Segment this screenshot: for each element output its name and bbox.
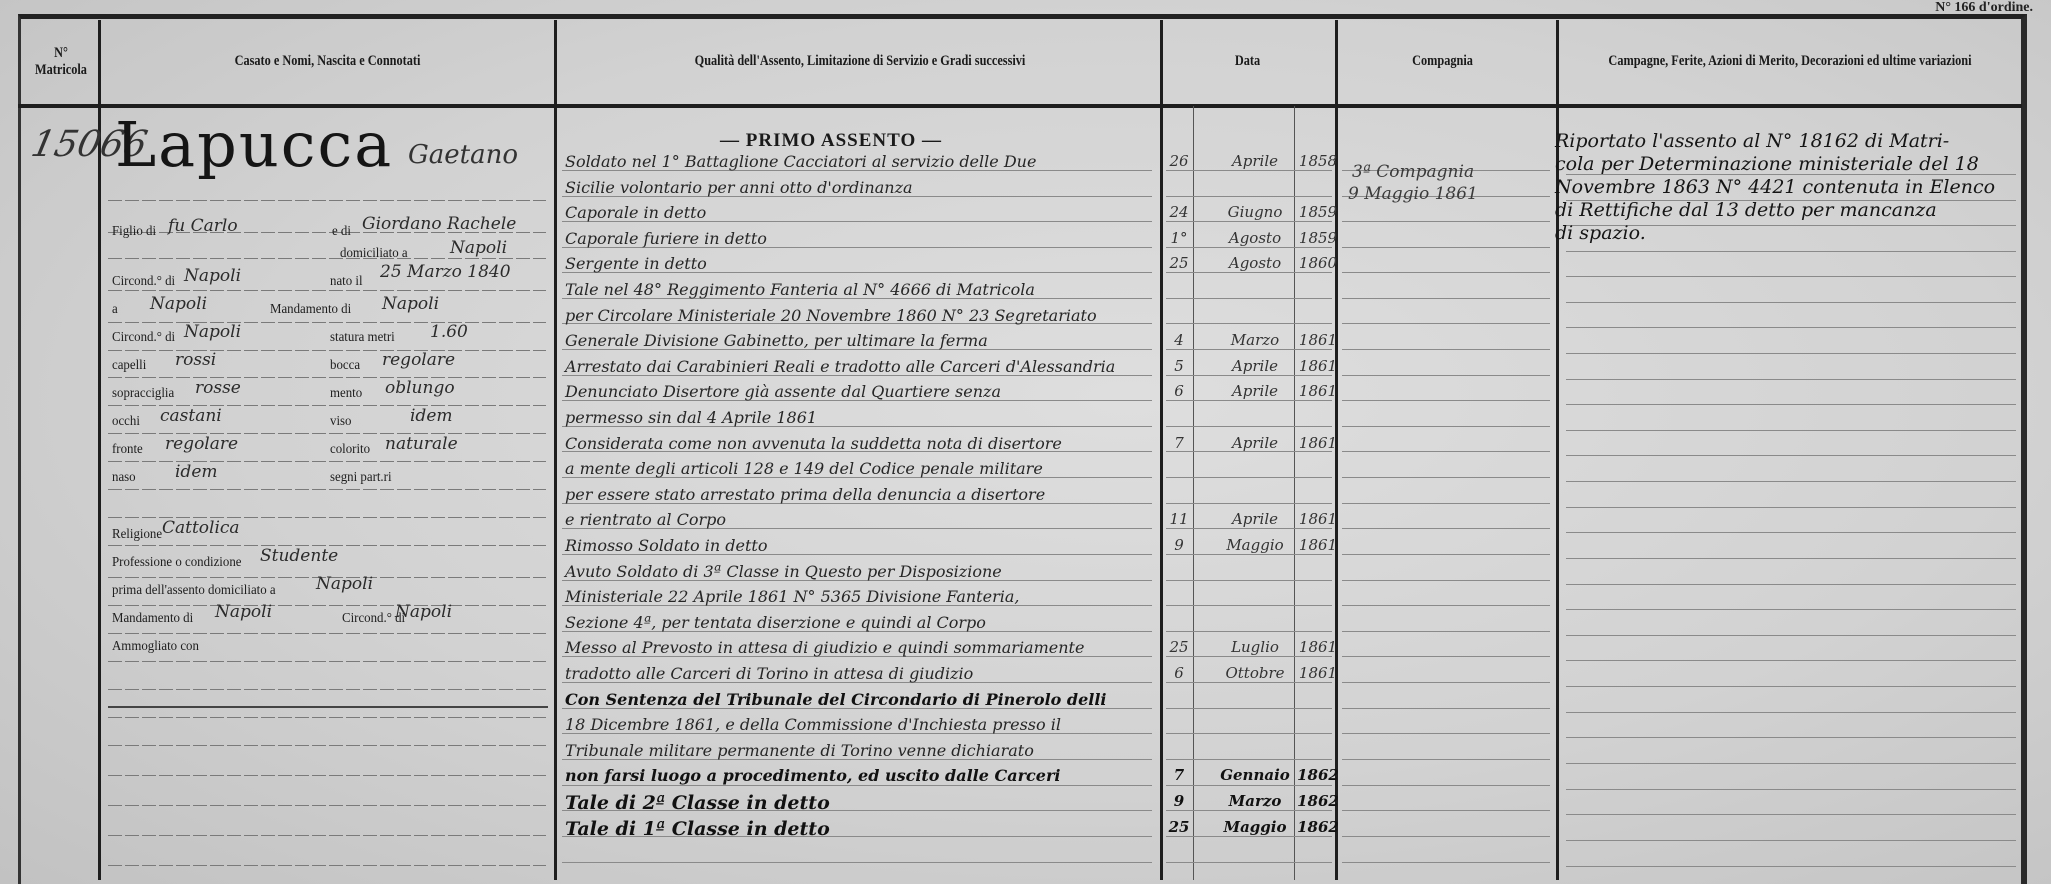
rule-line — [1342, 785, 1550, 786]
rule-line — [1342, 426, 1550, 427]
field-value: Napoli — [150, 294, 207, 314]
date-year: 1861 — [1296, 382, 1340, 400]
date-month: Gennaio — [1205, 766, 1305, 784]
date-day: 6 — [1163, 382, 1195, 400]
rule-line — [1342, 656, 1550, 657]
field-label: bocca — [330, 358, 360, 374]
date-day: 7 — [1163, 434, 1195, 452]
rule-line — [1166, 375, 1332, 376]
field-value: regolare — [382, 350, 455, 370]
service-entry: Arrestato dai Carabinieri Reali e tradot… — [565, 357, 1115, 376]
service-entry: Considerata come non avvenuta la suddett… — [565, 434, 1062, 453]
rule-line — [1166, 605, 1332, 606]
service-entry: Tale nel 48° Reggimento Fanteria al N° 4… — [565, 280, 1035, 299]
date-month: Aprile — [1205, 357, 1305, 375]
col-divider-month — [1294, 106, 1295, 880]
date-year: 1861 — [1296, 357, 1340, 375]
rule-line — [108, 775, 546, 776]
service-entry: non farsi luogo a procedimento, ed uscit… — [565, 766, 1060, 785]
header-compagnia: Compagnia — [1354, 19, 1530, 105]
rule-line — [1566, 686, 2016, 687]
date-day: 4 — [1163, 331, 1195, 349]
section-title-primo-assento: — PRIMO ASSENTO — — [720, 130, 942, 152]
rule-line — [1166, 298, 1332, 299]
rule-line — [1566, 737, 2016, 738]
date-month: Aprile — [1205, 152, 1305, 170]
field-label: Ammogliato con — [112, 639, 199, 655]
header-data: Data — [1176, 19, 1320, 105]
rule-line — [1342, 759, 1550, 760]
date-day: 9 — [1163, 536, 1195, 554]
service-entry: Sezione 4ª, per tentata diserzione e qui… — [565, 613, 986, 632]
date-year: 1861 — [1296, 638, 1340, 656]
service-entry: Tale di 2ª Classe in detto — [565, 792, 830, 814]
note-line: di Rettifiche dal 13 detto per mancanza — [1555, 199, 1937, 221]
field-value: Napoli — [382, 294, 439, 314]
rule-line — [1166, 785, 1332, 786]
date-year: 1862 — [1296, 818, 1340, 836]
rule-line — [1166, 247, 1332, 248]
header-casato: Casato e Nomi, Nascita e Connotati — [145, 19, 510, 105]
rule-line — [1342, 400, 1550, 401]
note-line: Riportato l'assento al N° 18162 di Matri… — [1555, 130, 1949, 152]
rule-line — [1566, 532, 2016, 533]
rule-line — [1342, 375, 1550, 376]
col-divider-day — [1193, 106, 1194, 880]
rule-line — [1566, 558, 2016, 559]
service-entry: Avuto Soldato di 3ª Classe in Questo per… — [565, 562, 1002, 581]
service-entry: Tale di 1ª Classe in detto — [565, 818, 830, 840]
rule-line — [1166, 477, 1332, 478]
date-year: 1861 — [1296, 536, 1340, 554]
rule-line — [1166, 682, 1332, 683]
field-label: viso — [330, 414, 351, 430]
rule-line — [1566, 635, 2016, 636]
field-value: naturale — [385, 434, 458, 454]
date-year: 1861 — [1296, 510, 1340, 528]
rule-line — [1342, 554, 1550, 555]
field-label: domiciliato a — [340, 246, 408, 262]
rule-line — [1342, 323, 1550, 324]
service-entry: 18 Dicembre 1861, e della Commissione d'… — [565, 715, 1061, 734]
field-label: Mandamento di — [112, 611, 193, 627]
rule-line — [108, 489, 546, 490]
service-entry: Generale Divisione Gabinetto, per ultima… — [565, 331, 988, 350]
service-entry: tradotto alle Carceri di Torino in attes… — [565, 664, 973, 683]
date-month: Aprile — [1205, 434, 1305, 452]
rule-line — [1342, 580, 1550, 581]
note-line: Novembre 1863 N° 4421 contenuta in Elenc… — [1555, 176, 1995, 198]
field-value: fu Carlo — [168, 216, 238, 236]
rule-line — [1566, 404, 2016, 405]
rule-line — [1342, 682, 1550, 683]
date-month: Luglio — [1205, 638, 1305, 656]
date-day: 1° — [1163, 229, 1195, 247]
header-qualita: Qualità dell'Assento, Limitazione di Ser… — [614, 19, 1106, 105]
field-label: Circond.° di — [112, 330, 175, 346]
date-month: Ottobre — [1205, 664, 1305, 682]
date-day: 24 — [1163, 203, 1195, 221]
rule-line — [1342, 298, 1550, 299]
rule-line — [1566, 327, 2016, 328]
date-year: 1859 — [1296, 203, 1340, 221]
field-value: Studente — [260, 546, 338, 566]
rule-line — [1566, 840, 2016, 841]
service-entry: Ministeriale 22 Aprile 1861 N° 5365 Divi… — [565, 587, 1019, 606]
date-day: 6 — [1163, 664, 1195, 682]
rule-line — [108, 605, 546, 606]
rule-line — [1166, 631, 1332, 632]
field-label: fronte — [112, 442, 143, 458]
field-value: 1.60 — [430, 322, 468, 342]
field-value: Napoli — [184, 266, 241, 286]
service-entry: a mente degli articoli 128 e 149 del Cod… — [565, 459, 1043, 478]
service-entry: Con Sentenza del Tribunale del Circondar… — [565, 690, 1107, 709]
section-divider — [108, 706, 548, 708]
field-value: castani — [160, 406, 222, 426]
rule-line — [1342, 349, 1550, 350]
field-label: a — [112, 302, 118, 318]
date-day: 11 — [1163, 510, 1195, 528]
rule-line — [1566, 763, 2016, 764]
field-label: e di — [332, 224, 351, 240]
date-year: 1859 — [1296, 229, 1340, 247]
service-entry: Sicilie volontario per anni otto d'ordin… — [565, 178, 913, 197]
rule-line — [1566, 276, 2016, 277]
field-value: rossi — [175, 350, 216, 370]
service-entry: per Circolare Ministeriale 20 Novembre 1… — [565, 306, 1097, 325]
rule-line — [108, 350, 546, 351]
rule-line — [1566, 251, 2016, 252]
rule-line — [108, 290, 546, 291]
company-date: 9 Maggio 1861 — [1348, 184, 1478, 204]
rule-line — [1166, 862, 1332, 863]
date-month: Marzo — [1205, 331, 1305, 349]
rule-line — [1566, 584, 2016, 585]
field-value: rosse — [195, 378, 241, 398]
date-month: Marzo — [1205, 792, 1305, 810]
field-label: Professione o condizione — [112, 555, 241, 571]
date-month: Agosto — [1205, 229, 1305, 247]
rule-line — [1166, 733, 1332, 734]
rule-line — [1342, 733, 1550, 734]
rule-line — [1566, 712, 2016, 713]
rule-line — [1566, 379, 2016, 380]
rule-line — [1166, 503, 1332, 504]
rule-line — [108, 865, 546, 866]
field-label: Circond.° di — [112, 274, 175, 290]
field-label: sopracciglia — [112, 386, 174, 402]
rule-line — [1342, 503, 1550, 504]
field-label: naso — [112, 470, 136, 486]
service-entry: Caporale furiere in detto — [565, 229, 767, 248]
date-day: 25 — [1163, 818, 1195, 836]
rule-line — [1342, 477, 1550, 478]
date-year: 1862 — [1296, 792, 1340, 810]
first-name: Gaetano — [408, 140, 518, 170]
date-day: 9 — [1163, 792, 1195, 810]
date-year: 1860 — [1296, 254, 1340, 272]
date-month: Maggio — [1205, 536, 1305, 554]
company-name: 3ª Compagnia — [1352, 162, 1474, 182]
rule-line — [108, 661, 546, 662]
date-month: Aprile — [1205, 510, 1305, 528]
rule-line — [108, 200, 546, 201]
date-month: Giugno — [1205, 203, 1305, 221]
date-day: 5 — [1163, 357, 1195, 375]
rule-line — [1566, 302, 2016, 303]
service-entry: permesso sin dal 4 Aprile 1861 — [565, 408, 817, 427]
field-label: Mandamento di — [270, 302, 351, 318]
rule-line — [108, 805, 546, 806]
rule-line — [108, 258, 546, 259]
rule-line — [108, 835, 546, 836]
rule-line — [1566, 609, 2016, 610]
rule-line — [1166, 708, 1332, 709]
date-month: Maggio — [1205, 818, 1305, 836]
rule-line — [1166, 554, 1332, 555]
field-value: Giordano Rachele — [362, 214, 516, 234]
date-day: 26 — [1163, 152, 1195, 170]
field-label: Figlio di — [112, 224, 156, 240]
col-divider — [554, 20, 557, 880]
rule-line — [1342, 221, 1550, 222]
field-label: colorito — [330, 442, 370, 458]
service-entry: Rimosso Soldato in detto — [565, 536, 767, 555]
field-label: statura metri — [330, 330, 395, 346]
field-label: Religione — [112, 527, 162, 543]
date-year: 1858 — [1296, 152, 1340, 170]
surname: Lapucca — [115, 108, 393, 181]
rule-line — [1342, 708, 1550, 709]
rule-line — [1342, 862, 1550, 863]
field-label: segni part.ri — [330, 470, 392, 486]
rule-line — [1342, 631, 1550, 632]
rule-line — [1166, 196, 1332, 197]
field-value: Napoli — [395, 602, 452, 622]
rule-line — [1342, 605, 1550, 606]
service-entry: e rientrato al Corpo — [565, 510, 726, 529]
field-value: 25 Marzo 1840 — [380, 262, 511, 282]
field-value: Napoli — [316, 574, 373, 594]
note-line: cola per Determinazione ministeriale del… — [1555, 153, 1979, 175]
date-month: Aprile — [1205, 382, 1305, 400]
header-matricola: N° Matricola — [29, 19, 93, 105]
rule-line — [1166, 426, 1332, 427]
rule-line — [1166, 836, 1332, 837]
field-label: prima dell'assento domiciliato a — [112, 583, 276, 599]
field-label: mento — [330, 386, 362, 402]
date-year: 1861 — [1296, 331, 1340, 349]
rule-line — [108, 717, 546, 718]
rule-line — [562, 862, 1152, 863]
rule-line — [1566, 507, 2016, 508]
register-page: N° 166 d'ordine. N° Matricola Casato e N… — [0, 0, 2051, 884]
rule-line — [1166, 323, 1332, 324]
date-day: 25 — [1163, 254, 1195, 272]
note-line: di spazio. — [1555, 222, 1646, 244]
rule-line — [1566, 866, 2016, 867]
field-value: idem — [175, 462, 218, 482]
rule-line — [108, 322, 546, 323]
rule-line — [1566, 430, 2016, 431]
field-value: Napoli — [184, 322, 241, 342]
rule-line — [1566, 353, 2016, 354]
field-value: Cattolica — [162, 518, 240, 538]
rule-line — [108, 377, 546, 378]
rule-line — [1166, 580, 1332, 581]
service-entry: Denunciato Disertore già assente dal Qua… — [565, 382, 1001, 401]
rule-line — [1166, 810, 1332, 811]
date-month: Agosto — [1205, 254, 1305, 272]
service-entry: Messo al Prevosto in attesa di giudizio … — [565, 638, 1084, 657]
field-value: Napoli — [450, 238, 507, 258]
field-label: occhi — [112, 414, 140, 430]
rule-line — [1342, 528, 1550, 529]
rule-line — [1166, 759, 1332, 760]
rule-line — [1566, 455, 2016, 456]
rule-line — [1342, 810, 1550, 811]
rule-line — [108, 689, 546, 690]
date-day: 7 — [1163, 766, 1195, 784]
header-campagne: Campagne, Ferite, Azioni di Merito, Deco… — [1601, 19, 1978, 105]
field-value: regolare — [165, 434, 238, 454]
rule-line — [1342, 836, 1550, 837]
rule-line — [1566, 481, 2016, 482]
service-entry: Sergente in detto — [565, 254, 707, 273]
rule-line — [1342, 247, 1550, 248]
field-value: Napoli — [215, 602, 272, 622]
service-entry: per essere stato arrestato prima della d… — [565, 485, 1045, 504]
field-label: nato il — [330, 274, 363, 290]
rule-line — [1566, 814, 2016, 815]
rule-line — [1342, 272, 1550, 273]
service-entry: Tribunale militare permanente di Torino … — [565, 741, 1034, 760]
field-value: idem — [410, 406, 453, 426]
rule-line — [108, 633, 546, 634]
rule-line — [108, 461, 546, 462]
rule-line — [108, 745, 546, 746]
rule-line — [1166, 170, 1332, 171]
rule-line — [1566, 789, 2016, 790]
date-year: 1861 — [1296, 664, 1340, 682]
rule-line — [1342, 451, 1550, 452]
date-year: 1862 — [1296, 766, 1340, 784]
date-year: 1861 — [1296, 434, 1340, 452]
service-entry: Soldato nel 1° Battaglione Cacciatori al… — [565, 152, 1036, 171]
field-value: oblungo — [385, 378, 455, 398]
service-entry: Caporale in detto — [565, 203, 706, 222]
date-day: 25 — [1163, 638, 1195, 656]
field-label: capelli — [112, 358, 146, 374]
rule-line — [1566, 660, 2016, 661]
